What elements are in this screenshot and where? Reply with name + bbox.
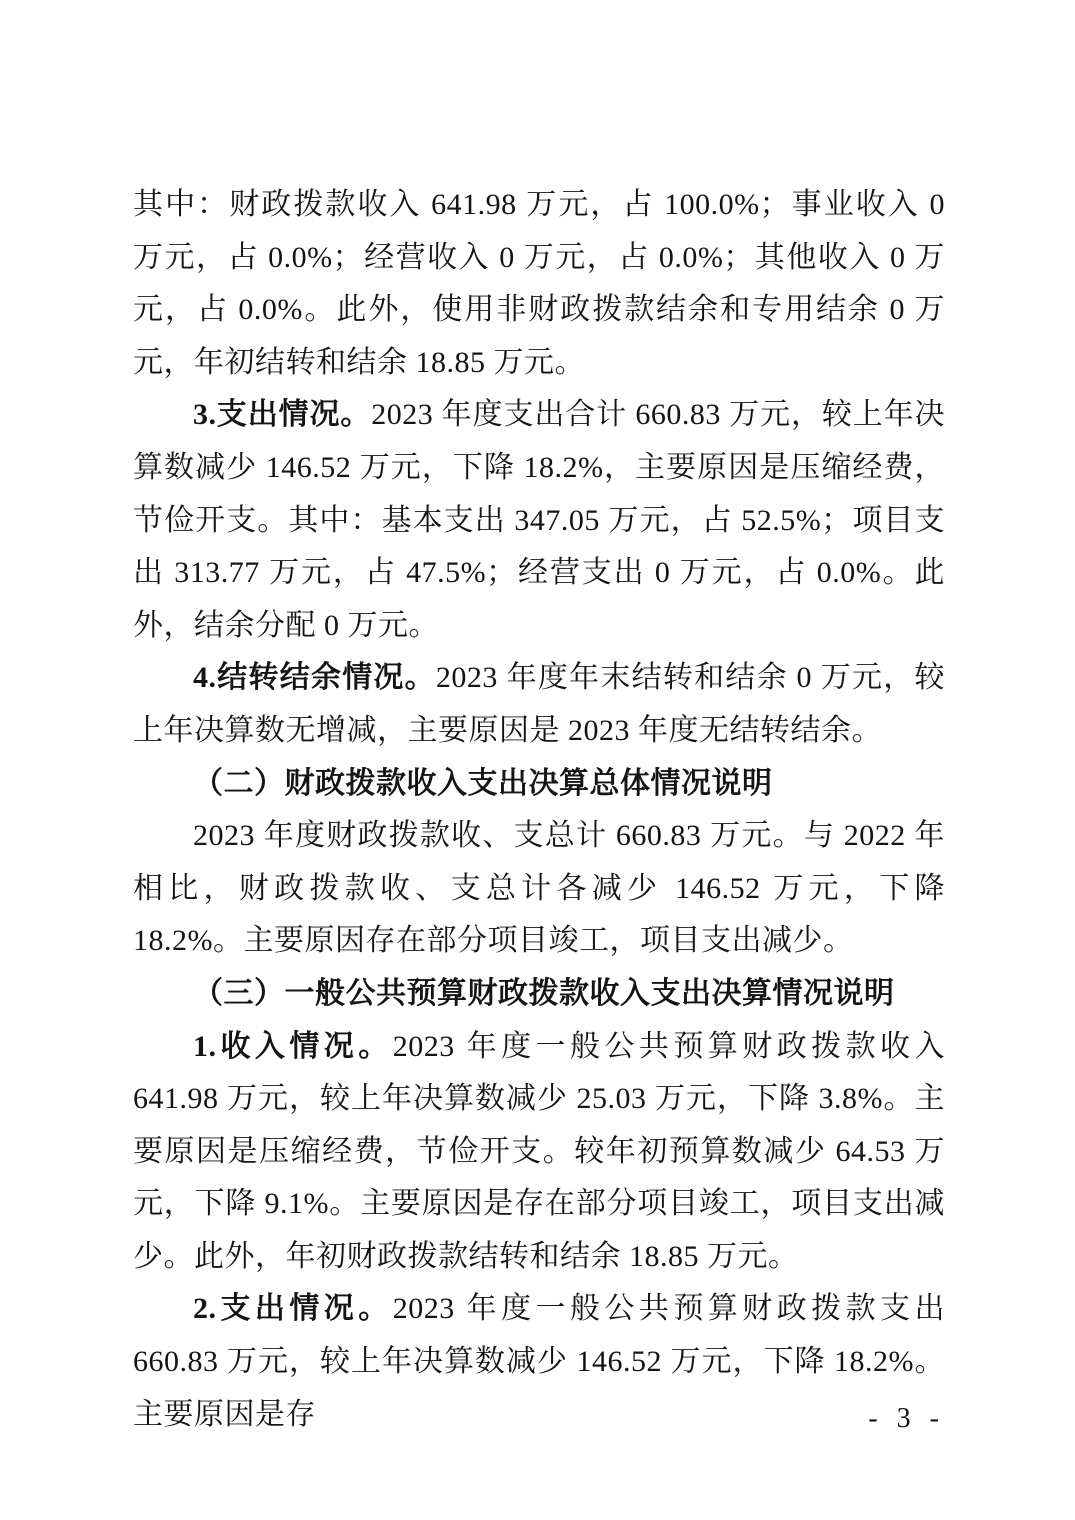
page-number: - 3 - bbox=[645, 1401, 945, 1437]
para-fiscal-appropriation-total-text: 2023 年度财政拨款收、支总计 660.83 万元。与 2022 年相比，财政… bbox=[133, 819, 945, 957]
document-page: 其中：财政拨款收入 641.98 万元，占 100.0%；事业收入 0 万元，占… bbox=[0, 0, 1075, 1520]
para-general-budget-income: 1.收入情况。2023 年度一般公共预算财政拨款收入 641.98 万元，较上年… bbox=[133, 1021, 945, 1284]
para-general-budget-income-text: 2023 年度一般公共预算财政拨款收入 641.98 万元，较上年决算数减少 2… bbox=[133, 1030, 945, 1273]
para-expenditure-overview-text: 2023 年度支出合计 660.83 万元，较上年决算数减少 146.52 万元… bbox=[133, 398, 945, 641]
para-general-budget-expenditure-lead: 2.支出情况。 bbox=[193, 1292, 393, 1325]
heading-section-three-text: （三）一般公共预算财政拨款收入支出决算情况说明 bbox=[193, 977, 895, 1010]
heading-section-two: （二）财政拨款收入支出决算总体情况说明 bbox=[133, 758, 945, 811]
para-expenditure-overview: 3.支出情况。2023 年度支出合计 660.83 万元，较上年决算数减少 14… bbox=[133, 389, 945, 652]
para-general-budget-income-lead: 1.收入情况。 bbox=[193, 1030, 393, 1063]
para-carryover-balance: 4.结转结余情况。2023 年度年末结转和结余 0 万元，较上年决算数无增减，主… bbox=[133, 652, 945, 757]
para-expenditure-overview-lead: 3.支出情况。 bbox=[193, 398, 371, 431]
para-fiscal-appropriation-total: 2023 年度财政拨款收、支总计 660.83 万元。与 2022 年相比，财政… bbox=[133, 810, 945, 968]
document-body: 其中：财政拨款收入 641.98 万元，占 100.0%；事业收入 0 万元，占… bbox=[133, 179, 945, 1441]
heading-section-two-text: （二）财政拨款收入支出决算总体情况说明 bbox=[193, 767, 773, 800]
heading-section-three: （三）一般公共预算财政拨款收入支出决算情况说明 bbox=[133, 968, 945, 1021]
para-carryover-balance-lead: 4.结转结余情况。 bbox=[193, 661, 436, 694]
para-income-composition-text: 其中：财政拨款收入 641.98 万元，占 100.0%；事业收入 0 万元，占… bbox=[133, 188, 945, 379]
para-income-composition: 其中：财政拨款收入 641.98 万元，占 100.0%；事业收入 0 万元，占… bbox=[133, 179, 945, 389]
